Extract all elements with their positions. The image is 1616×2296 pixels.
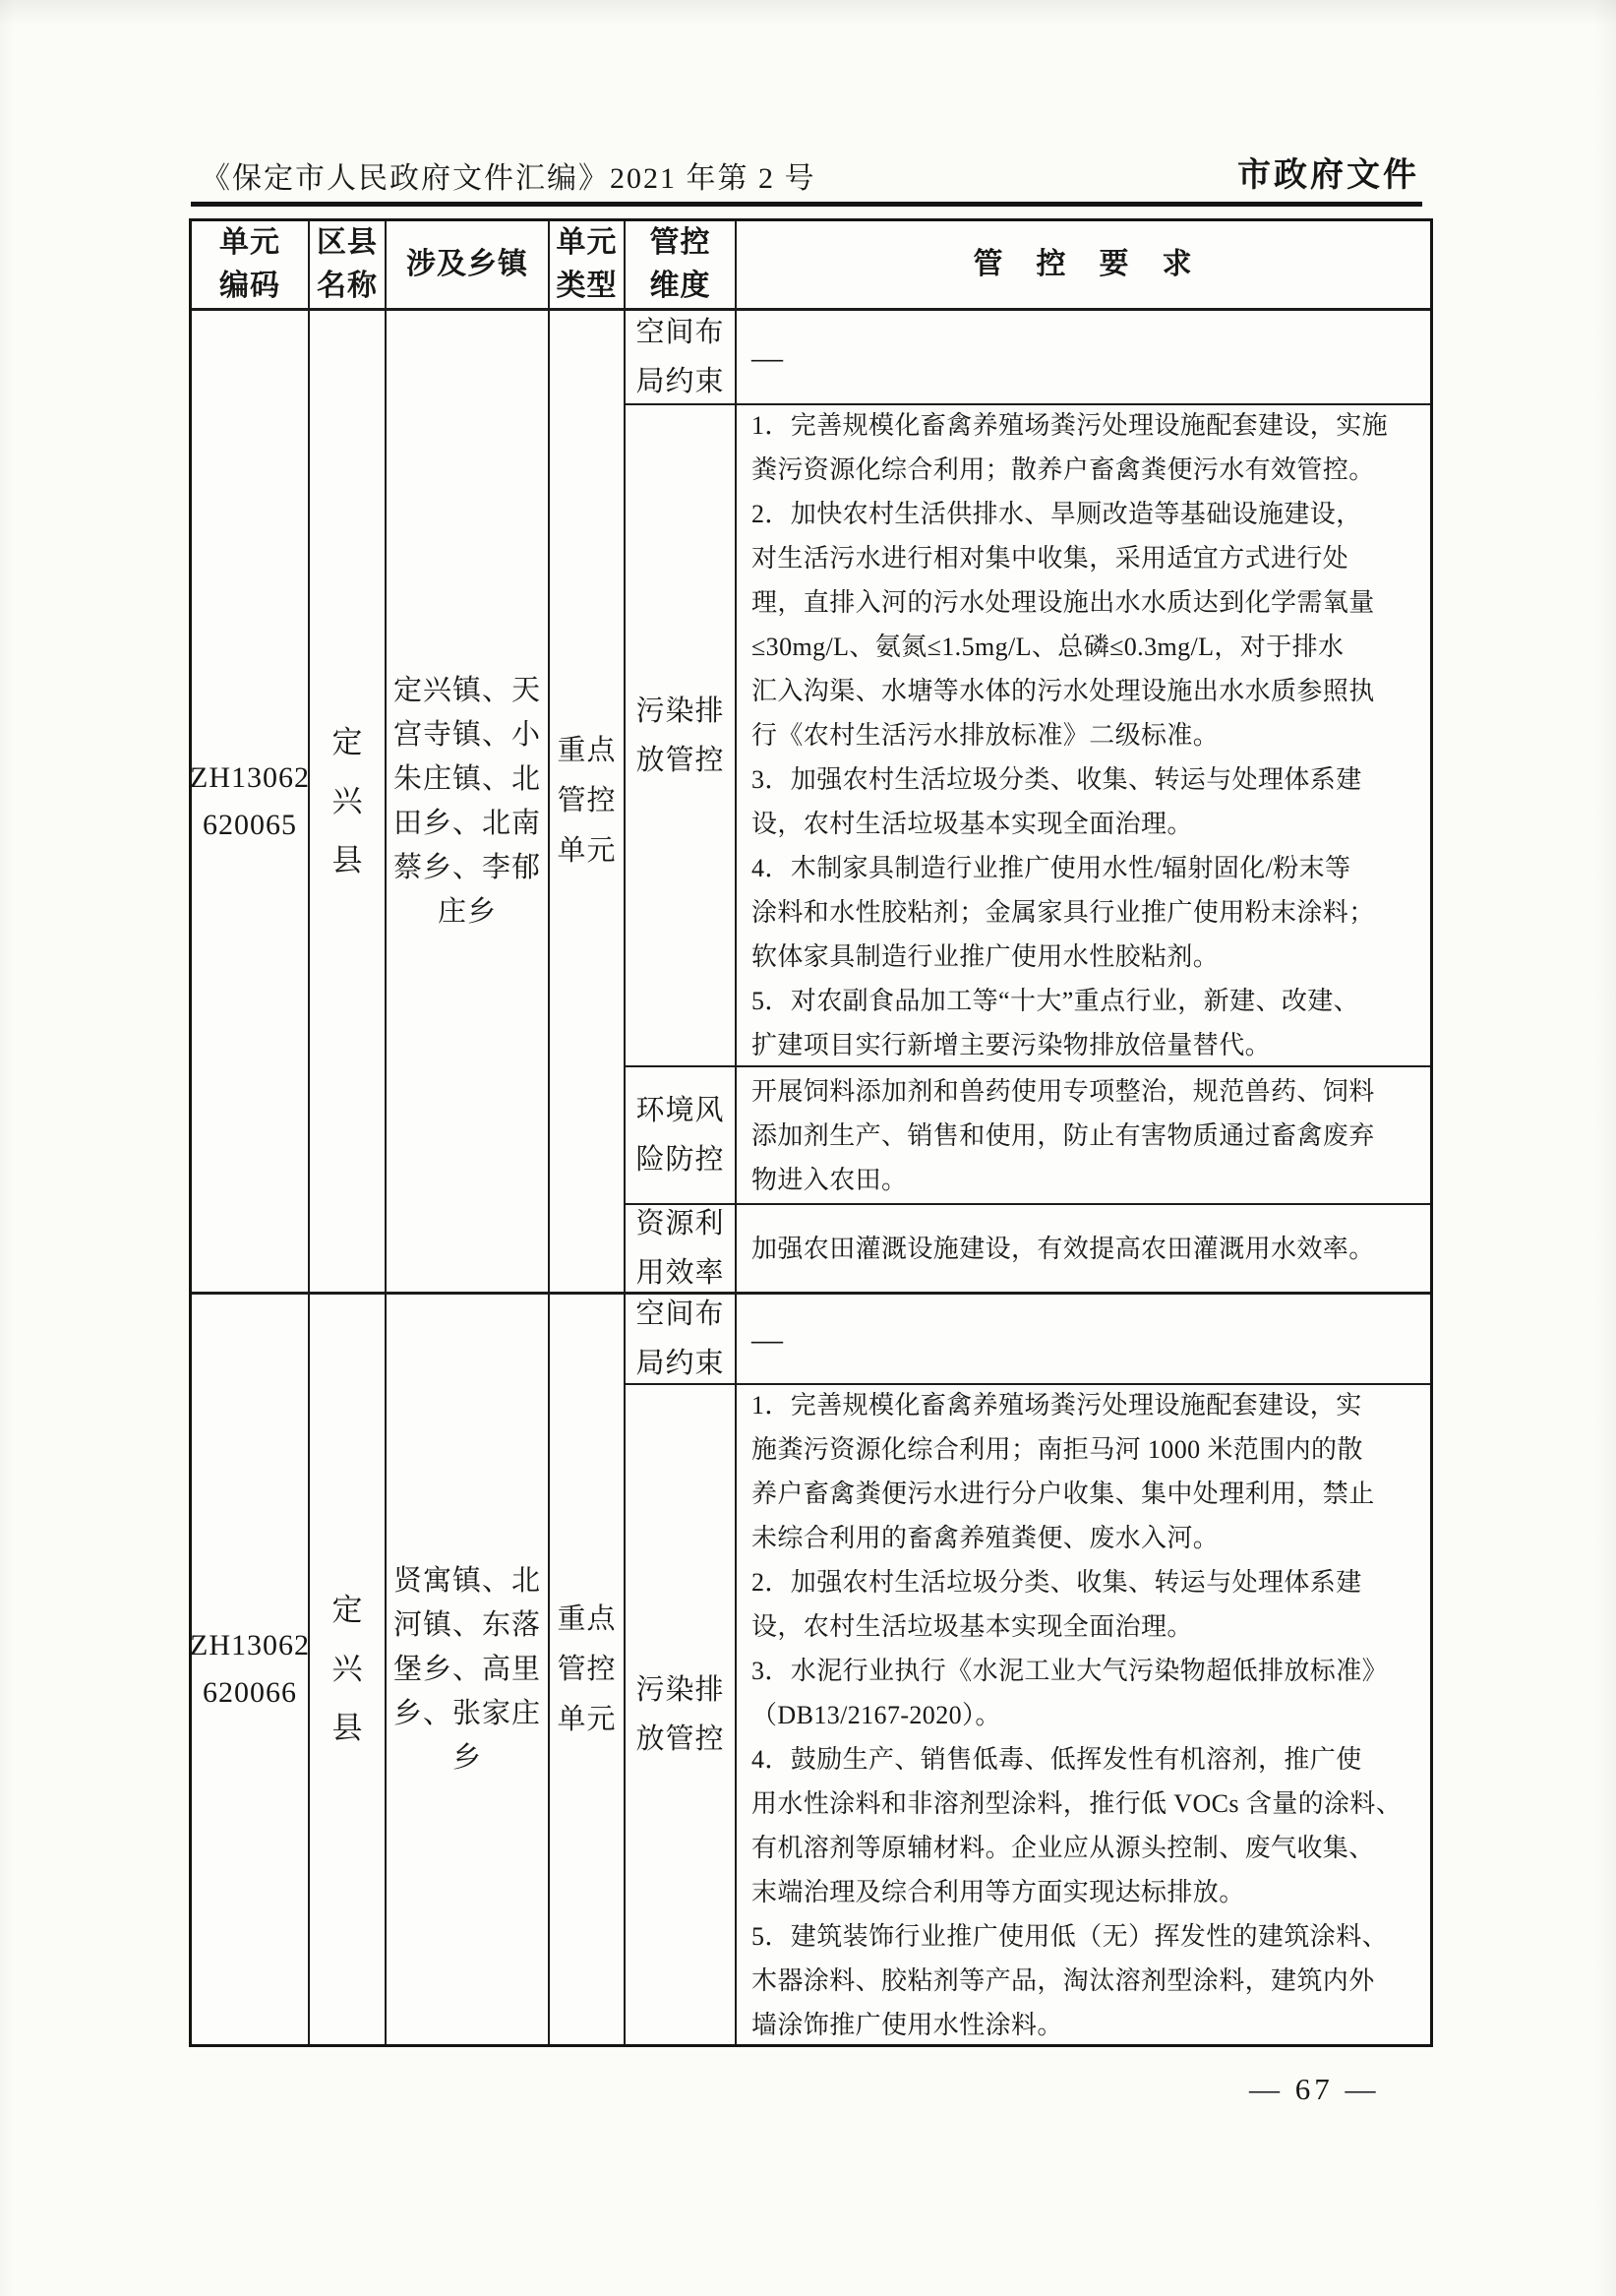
unit-code-cell: ZH13062 620065 [192,311,310,1295]
requirement-cell-spatial-layout: — [737,1295,1430,1385]
col-header-unit-code: 单元 编码 [192,221,310,311]
doc-category-label: 市政府文件 [1237,148,1419,196]
requirement-cell-spatial-layout: — [737,311,1430,405]
col-header-dimension: 管控 维度 [626,221,737,311]
unit-type-cell: 重点 管控 单元 [550,311,626,1295]
requirement-cell-environmental-risk: 开展饲料添加剂和兽药使用专项整治，规范兽药、饲料 添加剂生产、销售和使用，防止有… [737,1067,1430,1205]
dimension-cell-pollution-discharge: 污染排 放管控 [626,1385,737,2044]
district-cell: 定 兴 县 [310,1295,387,2044]
dimension-cell-spatial-layout: 空间布 局约束 [626,1295,737,1385]
col-header-requirements: 管 控 要 求 [737,221,1430,311]
dimension-cell-environmental-risk: 环境风 险防控 [626,1067,737,1205]
compilation-title: 《保定市人民政府文件汇编》2021 年第 2 号 [201,153,816,197]
col-header-unit-type: 单元 类型 [550,221,626,311]
header-rule [191,202,1422,207]
district-cell: 定 兴 县 [310,311,387,1295]
page-number: — 67 — [1249,2072,1380,2107]
control-requirements-table: 单元 编码 区县 名称 涉及乡镇 单元 类型 管控 维度 管 控 要 求 ZH1… [189,218,1433,2047]
unit-code-cell: ZH13062 620066 [192,1295,310,2044]
unit-type-cell: 重点 管控 单元 [550,1295,626,2044]
townships-cell: 定兴镇、天 宫寺镇、小 朱庄镇、北 田乡、北南 蔡乡、李郁 庄乡 [387,311,550,1295]
dimension-cell-resource-efficiency: 资源利 用效率 [626,1205,737,1295]
col-header-district: 区县 名称 [310,221,387,311]
document-page: 《保定市人民政府文件汇编》2021 年第 2 号 市政府文件 单元 编码 区县 … [0,0,1616,2296]
requirement-cell-resource-efficiency: 加强农田灌溉设施建设，有效提高农田灌溉用水效率。 [737,1205,1430,1295]
requirement-cell-pollution-discharge: 1．完善规模化畜禽养殖场粪污处理设施配套建设，实施 粪污资源化综合利用；散养户畜… [737,405,1430,1067]
dimension-cell-spatial-layout: 空间布 局约束 [626,311,737,405]
townships-cell: 贤寓镇、北 河镇、东落 堡乡、高里 乡、张家庄 乡 [387,1295,550,2044]
dimension-cell-pollution-discharge: 污染排 放管控 [626,405,737,1067]
requirement-cell-pollution-discharge: 1．完善规模化畜禽养殖场粪污处理设施配套建设，实 施粪污资源化综合利用；南拒马河… [737,1385,1430,2044]
col-header-townships: 涉及乡镇 [387,221,550,311]
